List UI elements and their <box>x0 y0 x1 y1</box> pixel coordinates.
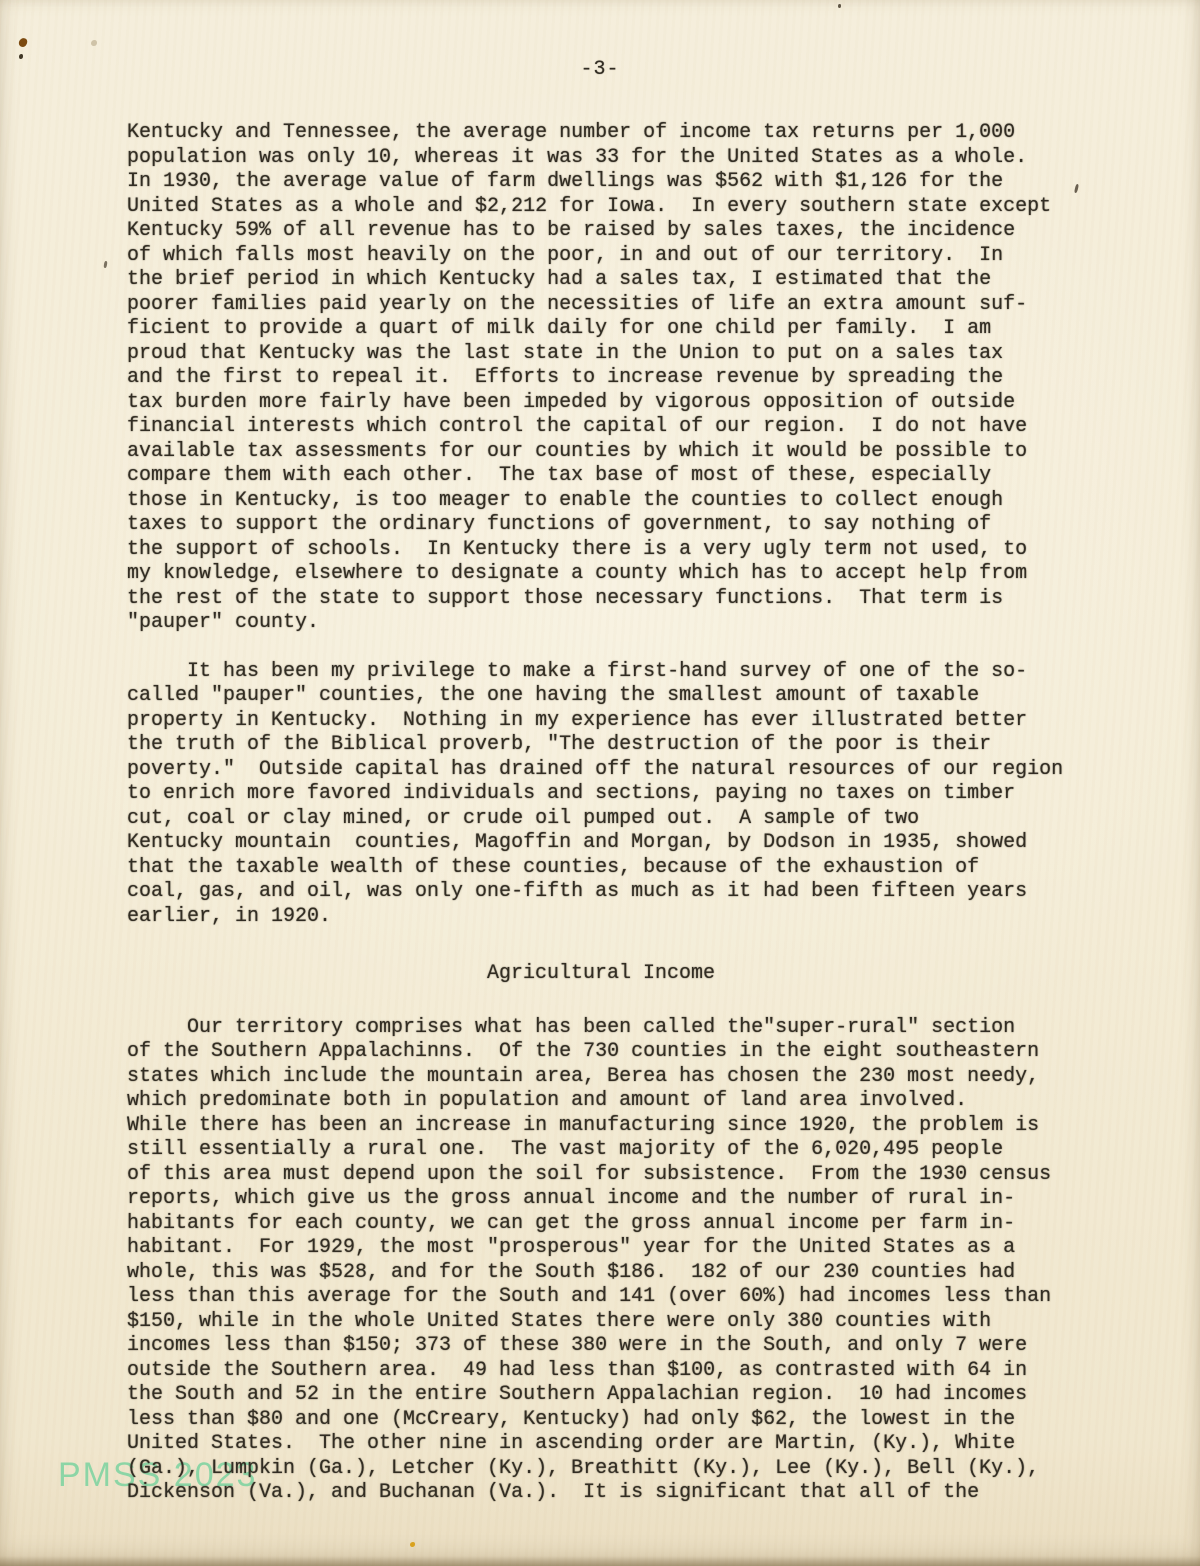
paper-speck <box>18 37 29 48</box>
document-body: Kentucky and Tennessee, the average numb… <box>127 121 1077 1506</box>
paragraph-agricultural-income: Our territory comprises what has been ca… <box>127 1016 1077 1506</box>
paper-speck <box>410 1542 415 1547</box>
section-heading-agricultural-income: Agricultural Income <box>127 962 1075 987</box>
ink-stray-mark <box>103 261 107 268</box>
paper-speck <box>91 40 97 46</box>
paper-speck <box>838 4 841 8</box>
paper-speck <box>19 54 23 59</box>
paragraph-pauper-county-survey: It has been my privilege to make a first… <box>127 660 1077 930</box>
page-bottom-edge-shadow <box>0 1556 1200 1566</box>
paragraph-tax-burden: Kentucky and Tennessee, the average numb… <box>127 121 1077 636</box>
scanned-document-page: PMSS 2023 -3- Kentucky and Tennessee, th… <box>0 0 1200 1566</box>
page-number: -3- <box>0 58 1200 82</box>
ink-stray-mark <box>1074 184 1079 193</box>
